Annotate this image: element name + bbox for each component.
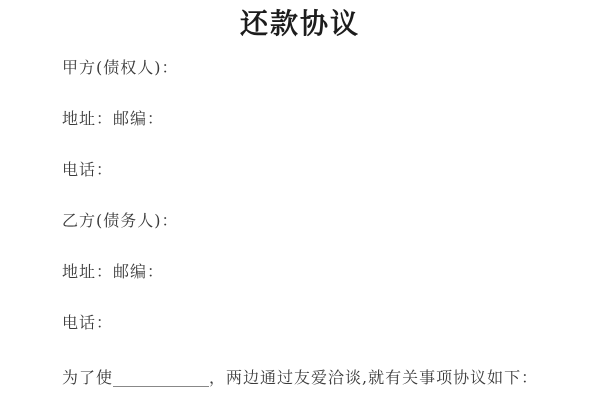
document-title: 还款协议	[40, 6, 560, 42]
party-a-label: 甲方(债权人)：	[62, 58, 560, 78]
closing-clause-prefix: 为了使	[62, 368, 113, 387]
party-b-address-postal-label: 地址：邮编：	[62, 262, 560, 282]
party-b-phone-label: 电话：	[62, 313, 560, 333]
document-page: 还款协议 甲方(债权人)： 地址：邮编： 电话： 乙方(债务人)： 地址：邮编：…	[0, 0, 600, 400]
party-a-address-postal-label: 地址：邮编：	[62, 109, 560, 129]
fill-in-blank-underline: ____________	[113, 368, 209, 387]
party-b-label: 乙方(债务人)：	[62, 211, 560, 231]
closing-clause-suffix: ，两边通过友爱洽谈,就有关事项协议如下：	[209, 368, 538, 387]
closing-clause: 为了使____________，两边通过友爱洽谈,就有关事项协议如下：	[62, 368, 560, 388]
party-a-phone-label: 电话：	[62, 160, 560, 180]
